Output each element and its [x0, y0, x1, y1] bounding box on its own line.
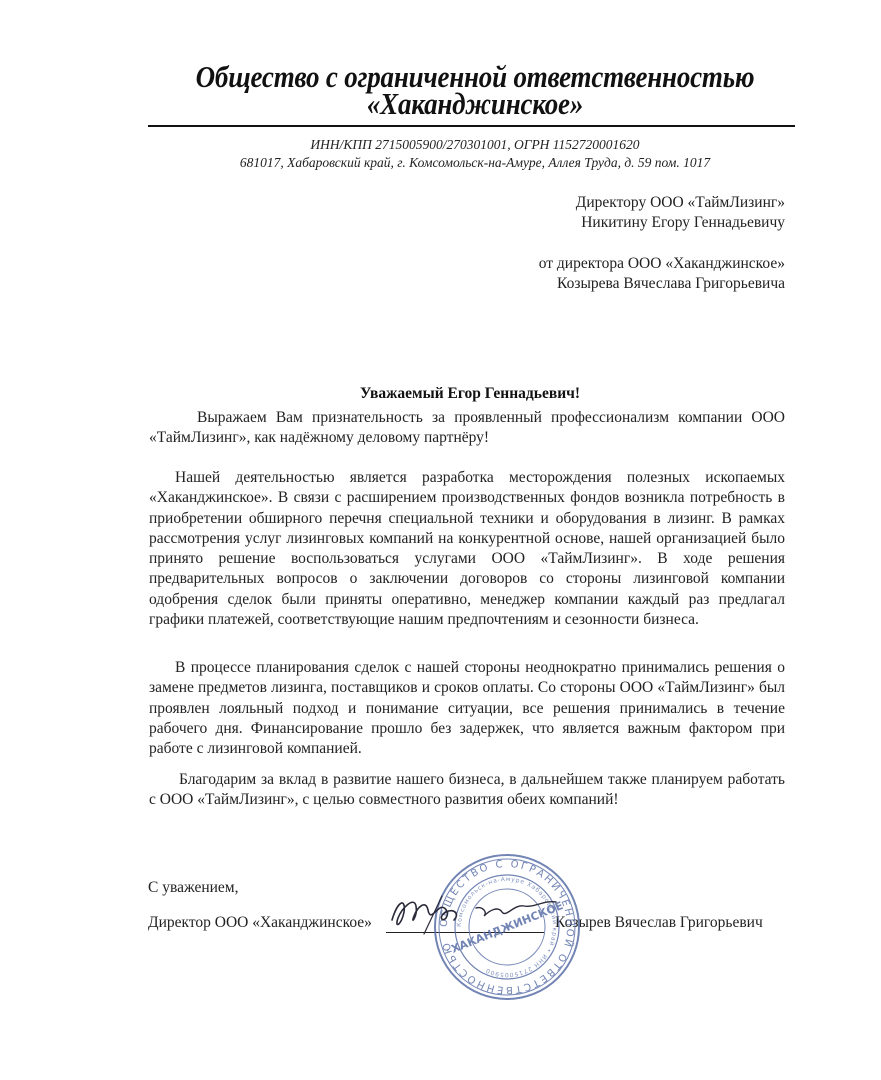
letter-greeting: Уважаемый Егор Геннадьевич! [150, 385, 790, 403]
letter-paragraph: В процессе планирования сделок с нашей с… [149, 658, 785, 759]
sender-name: Козырева Вячеслава Григорьевича [557, 274, 785, 293]
company-requisites: ИНН/КПП 2715005900/270301001, ОГРН 11527… [150, 137, 800, 153]
company-title-line-2: «Хаканджинское» [150, 87, 800, 122]
letter-paragraph: Выражаем Вам признательность за проявлен… [149, 408, 785, 449]
signer-name: Козырев Вячеслав Григорьевич [555, 914, 763, 932]
letterhead-divider [148, 125, 795, 127]
signer-position: Директор ООО «Хаканджинское» [148, 914, 372, 932]
closing-phrase: С уважением, [148, 879, 239, 897]
handwritten-signature-icon [384, 890, 569, 938]
letter-paragraph: Нашей деятельностью является разработка … [149, 468, 785, 630]
addressee-name: Никитину Егору Геннадьевичу [581, 213, 785, 232]
addressee-position: Директору ООО «ТаймЛизинг» [576, 193, 785, 212]
sender-position: от директора ООО «Хаканджинское» [539, 254, 785, 273]
company-address: 681017, Хабаровский край, г. Комсомольск… [150, 155, 800, 171]
letter-paragraph: Благодарим за вклад в развитие нашего би… [149, 770, 785, 811]
letter-page: Общество с ограниченной ответственностью… [0, 0, 881, 1080]
